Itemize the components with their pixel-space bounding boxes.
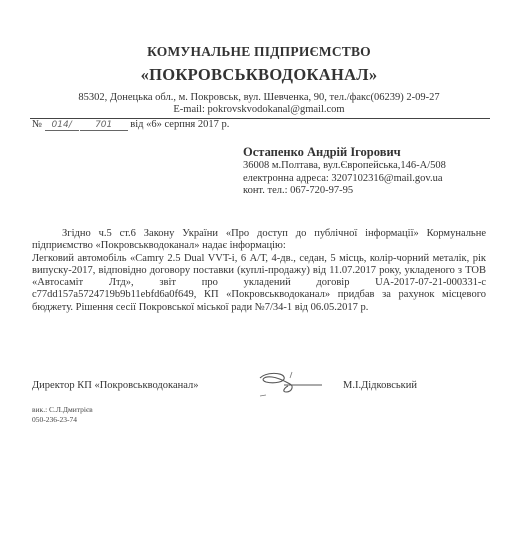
executor-name: вик.: С.Л.Дмитрієв — [32, 405, 93, 415]
recipient-name: Остапенко Андрій Ігорович — [243, 145, 446, 160]
signer-name: М.І.Дідковський — [343, 380, 417, 391]
recipient-phone: конт. тел.: 067-720-97-95 — [243, 185, 446, 198]
organization-name: «ПОКРОВСЬКВОДОКАНАЛ» — [0, 65, 518, 85]
organization-type: КОМУНАЛЬНЕ ПІДПРИЄМСТВО — [0, 44, 518, 60]
email-line: E-mail: pokrovskvodokanal@gmail.com — [0, 104, 518, 116]
outgoing-number: № 014/701 від «6» серпня 2017 р. — [32, 119, 229, 131]
letterhead-address: 85302, Донецька обл., м. Покровськ, вул.… — [0, 92, 518, 116]
letter-body: Згідно ч.5 ст.6 Закону України «Про дост… — [32, 228, 486, 314]
body-intro: Згідно ч.5 ст.6 Закону України «Про дост… — [32, 228, 486, 253]
address-line: 85302, Донецька обл., м. Покровськ, вул.… — [0, 92, 518, 104]
body-details: Легковий автомобіль «Camry 2.5 Dual VVT-… — [32, 253, 486, 314]
executor-block: вик.: С.Л.Дмитрієв 050-236-23-74 — [32, 405, 93, 424]
recipient-address: 36008 м.Полтава, вул.Європейська,146-А/5… — [243, 160, 446, 173]
recipient-email: електронна адреса: 3207102316@mail.gov.u… — [243, 173, 446, 186]
executor-phone: 050-236-23-74 — [32, 415, 93, 425]
handwritten-signature-icon — [256, 368, 326, 400]
handwritten-number-part1: 014/ — [45, 120, 79, 131]
outgoing-date: від «6» серпня 2017 р. — [130, 119, 229, 130]
signer-position: Директор КП «Покровськводоканал» — [32, 380, 198, 391]
handwritten-number-part2: 701 — [80, 120, 128, 131]
number-prefix: № — [32, 119, 42, 130]
recipient-block: Остапенко Андрій Ігорович 36008 м.Полтав… — [243, 145, 446, 198]
